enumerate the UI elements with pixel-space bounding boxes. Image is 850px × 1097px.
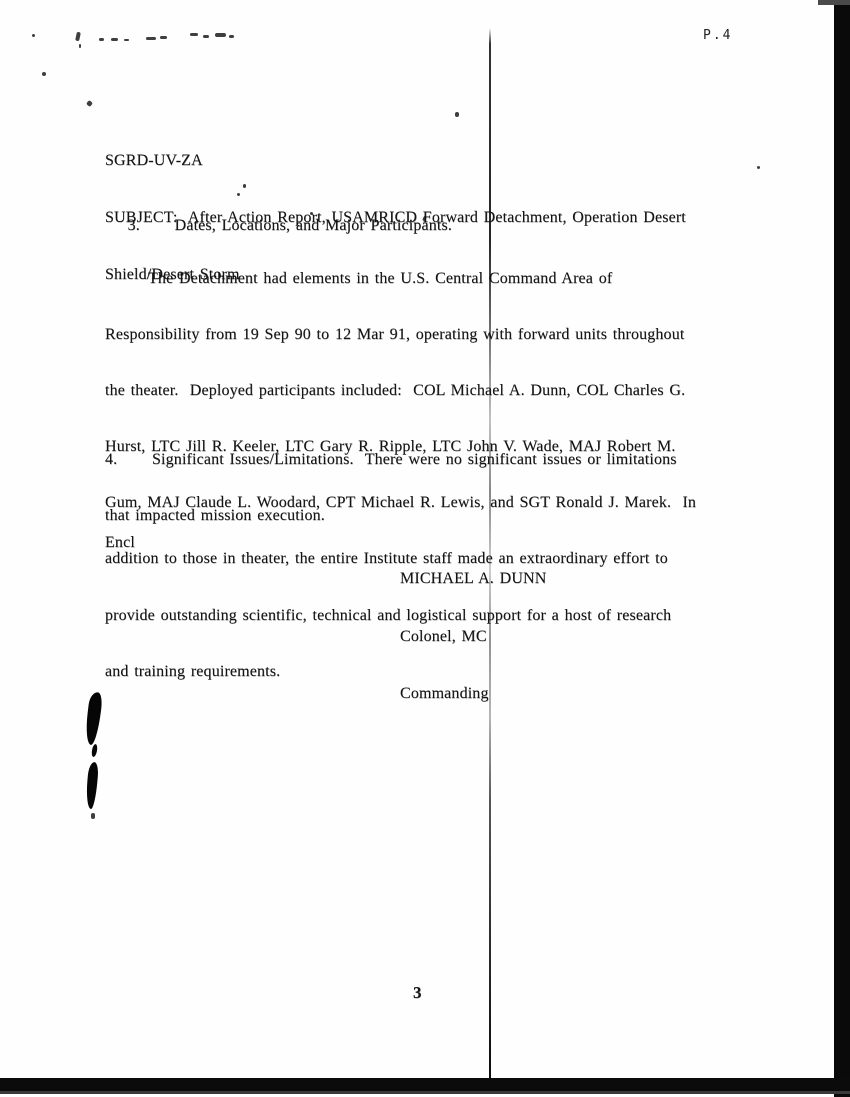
signer-name: MICHAEL A. DUNN xyxy=(400,568,546,590)
scan-speck xyxy=(160,36,167,39)
scan-speck xyxy=(757,166,760,169)
enclosure-notation: Encl xyxy=(105,534,135,552)
scan-speck xyxy=(203,35,209,38)
fax-fold-line xyxy=(489,28,491,1086)
scan-speck xyxy=(86,100,93,107)
signature-block: MICHAEL A. DUNN Colonel, MC Commanding xyxy=(400,532,546,741)
scanned-memo-page: P.4 SGRD-UV-ZA SUBJECT: After Action Rep… xyxy=(0,0,850,1097)
signer-rank: Colonel, MC xyxy=(400,626,546,648)
paragraph-line: Responsibility from 19 Sep 90 to 12 Mar … xyxy=(105,325,696,345)
signer-title: Commanding xyxy=(400,683,546,705)
paragraph-line: The Detachment had elements in the U.S. … xyxy=(105,269,696,289)
scan-speck xyxy=(146,37,156,40)
scan-speck xyxy=(215,33,226,37)
scan-speck xyxy=(32,34,35,37)
section-4-number: 4. xyxy=(105,450,152,470)
ink-smear xyxy=(84,691,103,745)
scan-speck xyxy=(190,33,198,36)
ink-smear xyxy=(91,744,98,758)
scan-edge-artifact xyxy=(0,1078,850,1094)
paragraph-line: that impacted mission execution. xyxy=(105,506,677,526)
section-3-title: Dates, Locations, and Major Participants… xyxy=(175,217,452,234)
page-number: 3 xyxy=(413,983,422,1003)
scan-speck xyxy=(229,35,234,38)
scan-speck xyxy=(99,38,104,41)
paragraph-line: Significant Issues/Limitations. There we… xyxy=(152,451,677,468)
scan-speck xyxy=(42,72,46,76)
scan-speck xyxy=(111,38,118,41)
scan-speck xyxy=(75,32,81,42)
scan-edge-artifact xyxy=(834,5,850,1097)
scan-speck xyxy=(124,39,129,41)
ink-smear xyxy=(85,762,99,810)
scan-speck xyxy=(79,44,81,48)
fax-page-label: P.4 xyxy=(703,28,732,43)
paragraph-line: the theater. Deployed participants inclu… xyxy=(105,381,696,401)
section-4-paragraph: 4.Significant Issues/Limitations. There … xyxy=(105,414,677,562)
office-symbol: SGRD-UV-ZA xyxy=(105,150,686,171)
scan-speck xyxy=(91,813,95,819)
